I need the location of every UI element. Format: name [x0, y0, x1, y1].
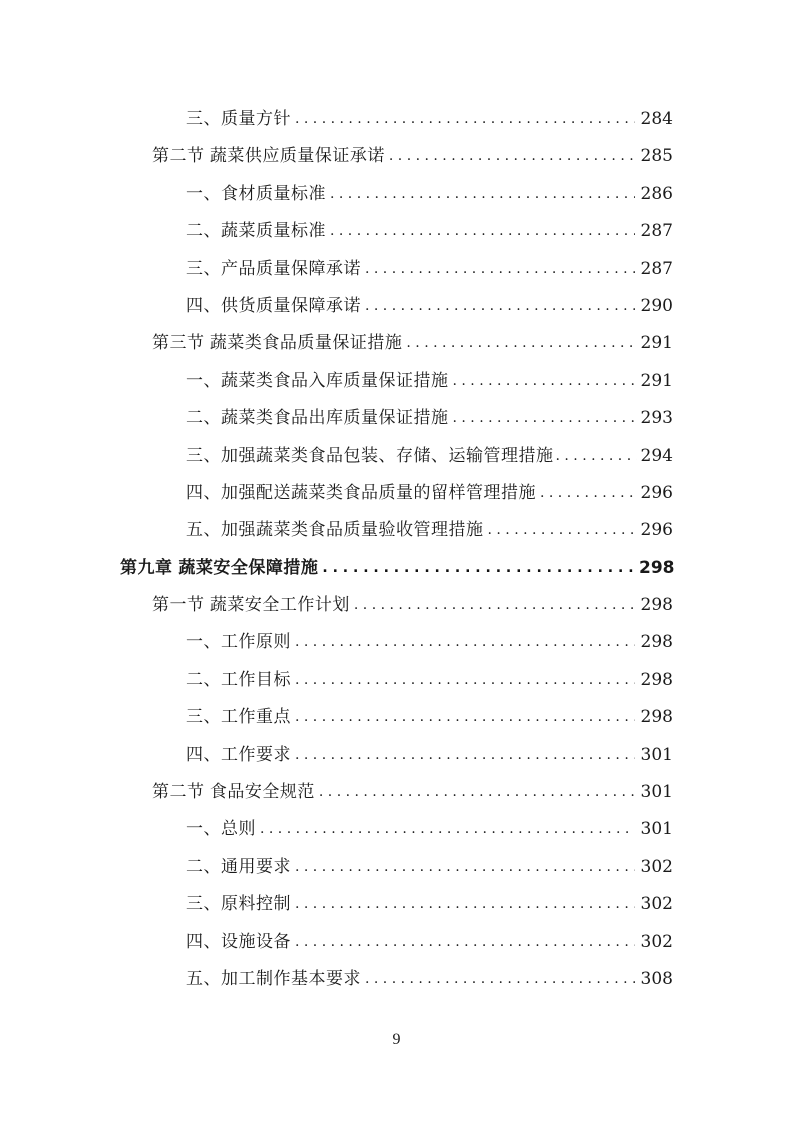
- toc-entry-page: 285: [639, 138, 673, 175]
- toc-entry-prefix: 二、: [186, 213, 221, 250]
- toc-entry-page: 287: [639, 251, 673, 288]
- toc-entry-title-wrap: 三、原料控制: [186, 886, 639, 923]
- dot-leader: [406, 325, 635, 362]
- toc-entry-title: 食品安全规范: [210, 774, 315, 811]
- toc-entry-page: 286: [639, 176, 673, 213]
- toc-entry-title: 蔬菜类食品质量保证措施: [210, 325, 403, 362]
- toc-entry[interactable]: 五、加强蔬菜类食品质量验收管理措施 296: [0, 512, 793, 549]
- toc-entry-page: 298: [639, 587, 673, 624]
- toc-entry-prefix: 三、: [186, 886, 221, 923]
- toc-entry-title: 加工制作基本要求: [221, 961, 361, 998]
- toc-entry[interactable]: 五、加工制作基本要求 308: [0, 961, 793, 998]
- toc-entry-page: 301: [639, 774, 673, 811]
- dot-leader: [295, 849, 635, 886]
- toc-entry-title-wrap: 第九章 蔬菜安全保障措施: [120, 550, 639, 587]
- dot-leader: [295, 886, 635, 923]
- toc-entry-title-wrap: 四、工作要求: [186, 737, 639, 774]
- toc-entry[interactable]: 三、产品质量保障承诺 287: [0, 251, 793, 288]
- toc-entry-title-wrap: 一、蔬菜类食品入库质量保证措施: [186, 363, 639, 400]
- toc-entry-title-wrap: 三、加强蔬菜类食品包装、存储、运输管理措施: [186, 438, 639, 475]
- toc-entry-title-wrap: 四、加强配送蔬菜类食品质量的留样管理措施: [186, 475, 639, 512]
- toc-entry-prefix: 三、: [186, 101, 221, 138]
- toc-entry-title-wrap: 第二节 食品安全规范: [152, 774, 639, 811]
- toc-entry-title-wrap: 三、产品质量保障承诺: [186, 251, 639, 288]
- dot-leader: [295, 737, 635, 774]
- dot-leader: [319, 774, 635, 811]
- toc-entry[interactable]: 一、食材质量标准 286: [0, 176, 793, 213]
- toc-entry-page: 302: [639, 886, 673, 923]
- toc-entry-prefix: 三、: [186, 251, 221, 288]
- toc-entry-title-wrap: 五、加强蔬菜类食品质量验收管理措施: [186, 512, 639, 549]
- toc-entry-title: 工作原则: [221, 624, 291, 661]
- toc-entry-page: 298: [639, 550, 673, 587]
- toc-entry[interactable]: 第二节 蔬菜供应质量保证承诺 285: [0, 138, 793, 175]
- dot-leader: [556, 438, 638, 475]
- toc-entry-page: 298: [639, 699, 673, 736]
- toc-entry-title: 工作重点: [221, 699, 291, 736]
- dot-leader: [260, 811, 635, 848]
- toc-entry-title-wrap: 五、加工制作基本要求: [186, 961, 639, 998]
- toc-entry-title: 食材质量标准: [221, 176, 326, 213]
- toc-entry-title-wrap: 一、工作原则: [186, 624, 639, 661]
- toc-entry-title: 加强配送蔬菜类食品质量的留样管理措施: [221, 475, 536, 512]
- toc-entry[interactable]: 二、通用要求 302: [0, 849, 793, 886]
- dot-leader: [295, 924, 635, 961]
- toc-entry-title: 供货质量保障承诺: [221, 288, 361, 325]
- toc-entry-prefix: 一、: [186, 811, 221, 848]
- toc-entry[interactable]: 四、加强配送蔬菜类食品质量的留样管理措施 296: [0, 475, 793, 512]
- toc-entry[interactable]: 第一节 蔬菜安全工作计划 298: [0, 587, 793, 624]
- toc-entry-prefix: 四、: [186, 924, 221, 961]
- toc-entry[interactable]: 四、供货质量保障承诺 290: [0, 288, 793, 325]
- dot-leader: [330, 213, 635, 250]
- toc-entry-title-wrap: 一、食材质量标准: [186, 176, 639, 213]
- toc-entry-title: 产品质量保障承诺: [221, 251, 361, 288]
- page-number: 9: [0, 1031, 793, 1049]
- toc-entry[interactable]: 第三节 蔬菜类食品质量保证措施 291: [0, 325, 793, 362]
- toc-entry-title: 加强蔬菜类食品包装、存储、运输管理措施: [221, 438, 554, 475]
- toc-entry-page: 301: [639, 811, 673, 848]
- toc-entry-prefix: 第二节: [152, 138, 205, 175]
- toc-entry-prefix: 四、: [186, 288, 221, 325]
- dot-leader: [295, 662, 635, 699]
- toc-entry-title: 工作目标: [221, 662, 291, 699]
- toc-entry[interactable]: 一、总则 301: [0, 811, 793, 848]
- toc-entry-prefix: 一、: [186, 363, 221, 400]
- toc-entry-page: 287: [639, 213, 673, 250]
- dot-leader: [330, 176, 635, 213]
- toc-entry-prefix: 五、: [186, 961, 221, 998]
- dot-leader: [354, 587, 635, 624]
- toc-entry-page: 308: [639, 961, 673, 998]
- toc-entry-title: 蔬菜质量标准: [221, 213, 326, 250]
- dot-leader: [365, 288, 635, 325]
- dot-leader: [295, 101, 635, 138]
- toc-entry-prefix: 第三节: [152, 325, 205, 362]
- dot-leader: [295, 624, 635, 661]
- toc-entry-prefix: 一、: [186, 624, 221, 661]
- toc-entry-title: 蔬菜安全工作计划: [210, 587, 350, 624]
- toc-entry-title: 设施设备: [221, 924, 291, 961]
- toc-entry-title: 蔬菜类食品入库质量保证措施: [221, 363, 449, 400]
- toc-entry-page: 291: [639, 363, 673, 400]
- dot-leader: [322, 550, 635, 587]
- toc-entry-page: 294: [639, 438, 673, 475]
- toc-entry-title-wrap: 二、通用要求: [186, 849, 639, 886]
- toc-entry-title-wrap: 四、设施设备: [186, 924, 639, 961]
- dot-leader: [453, 363, 636, 400]
- toc-entry[interactable]: 二、蔬菜质量标准 287: [0, 213, 793, 250]
- table-of-contents: 三、质量方针 284 第二节 蔬菜供应质量保证承诺 285 一、食材质量标准 2…: [0, 101, 793, 998]
- toc-entry-page: 298: [639, 624, 673, 661]
- toc-entry-page: 296: [639, 475, 673, 512]
- dot-leader: [389, 138, 635, 175]
- toc-entry[interactable]: 三、原料控制 302: [0, 886, 793, 923]
- toc-entry-title-wrap: 二、蔬菜类食品出库质量保证措施: [186, 400, 639, 437]
- toc-entry-prefix: 第一节: [152, 587, 205, 624]
- toc-entry-title: 总则: [221, 811, 256, 848]
- toc-entry-title: 蔬菜安全保障措施: [178, 550, 318, 587]
- toc-entry-prefix: 四、: [186, 475, 221, 512]
- toc-entry[interactable]: 二、蔬菜类食品出库质量保证措施 293: [0, 400, 793, 437]
- toc-entry[interactable]: 一、蔬菜类食品入库质量保证措施 291: [0, 363, 793, 400]
- toc-entry-prefix: 第二节: [152, 774, 205, 811]
- toc-entry-prefix: 一、: [186, 176, 221, 213]
- toc-entry-title: 通用要求: [221, 849, 291, 886]
- toc-entry-page: 284: [639, 101, 673, 138]
- toc-entry-prefix: 三、: [186, 699, 221, 736]
- toc-entry-title: 工作要求: [221, 737, 291, 774]
- dot-leader: [295, 699, 635, 736]
- toc-entry[interactable]: 三、工作重点 298: [0, 699, 793, 736]
- toc-entry[interactable]: 二、工作目标 298: [0, 662, 793, 699]
- toc-entry-prefix: 五、: [186, 512, 221, 549]
- toc-entry-page: 302: [639, 924, 673, 961]
- dot-leader: [488, 512, 636, 549]
- toc-entry-title-wrap: 第二节 蔬菜供应质量保证承诺: [152, 138, 639, 175]
- toc-entry[interactable]: 三、加强蔬菜类食品包装、存储、运输管理措施 294: [0, 438, 793, 475]
- toc-entry-page: 298: [639, 662, 673, 699]
- toc-entry-prefix: 二、: [186, 662, 221, 699]
- toc-entry-title: 原料控制: [221, 886, 291, 923]
- dot-leader: [540, 475, 635, 512]
- toc-entry-prefix: 三、: [186, 438, 221, 475]
- toc-entry-title: 质量方针: [221, 101, 291, 138]
- toc-entry-page: 291: [639, 325, 673, 362]
- toc-entry-page: 301: [639, 737, 673, 774]
- toc-entry-page: 290: [639, 288, 673, 325]
- dot-leader: [365, 251, 635, 288]
- dot-leader: [365, 961, 635, 998]
- toc-entry-title-wrap: 第一节 蔬菜安全工作计划: [152, 587, 639, 624]
- toc-entry[interactable]: 四、工作要求 301: [0, 737, 793, 774]
- toc-entry-page: 302: [639, 849, 673, 886]
- toc-entry-page: 296: [639, 512, 673, 549]
- toc-entry-prefix: 二、: [186, 400, 221, 437]
- document-page: 三、质量方针 284 第二节 蔬菜供应质量保证承诺 285 一、食材质量标准 2…: [0, 0, 793, 1122]
- toc-entry-title-wrap: 四、供货质量保障承诺: [186, 288, 639, 325]
- dot-leader: [453, 400, 636, 437]
- toc-entry-title-wrap: 一、总则: [186, 811, 639, 848]
- toc-entry-title: 蔬菜类食品出库质量保证措施: [221, 400, 449, 437]
- toc-entry-title-wrap: 三、质量方针: [186, 101, 639, 138]
- toc-entry[interactable]: 三、质量方针 284: [0, 101, 793, 138]
- toc-chapter-entry[interactable]: 第九章 蔬菜安全保障措施 298: [0, 550, 793, 587]
- toc-entry-prefix: 四、: [186, 737, 221, 774]
- toc-entry[interactable]: 四、设施设备 302: [0, 924, 793, 961]
- toc-entry-page: 293: [639, 400, 673, 437]
- toc-entry-title: 蔬菜供应质量保证承诺: [210, 138, 385, 175]
- toc-entry-title-wrap: 二、工作目标: [186, 662, 639, 699]
- toc-entry-prefix: 二、: [186, 849, 221, 886]
- toc-entry-title-wrap: 三、工作重点: [186, 699, 639, 736]
- toc-entry-title-wrap: 第三节 蔬菜类食品质量保证措施: [152, 325, 639, 362]
- toc-entry-title-wrap: 二、蔬菜质量标准: [186, 213, 639, 250]
- toc-entry-title: 加强蔬菜类食品质量验收管理措施: [221, 512, 484, 549]
- toc-entry[interactable]: 第二节 食品安全规范 301: [0, 774, 793, 811]
- toc-entry[interactable]: 一、工作原则 298: [0, 624, 793, 661]
- toc-entry-prefix: 第九章: [120, 550, 173, 587]
